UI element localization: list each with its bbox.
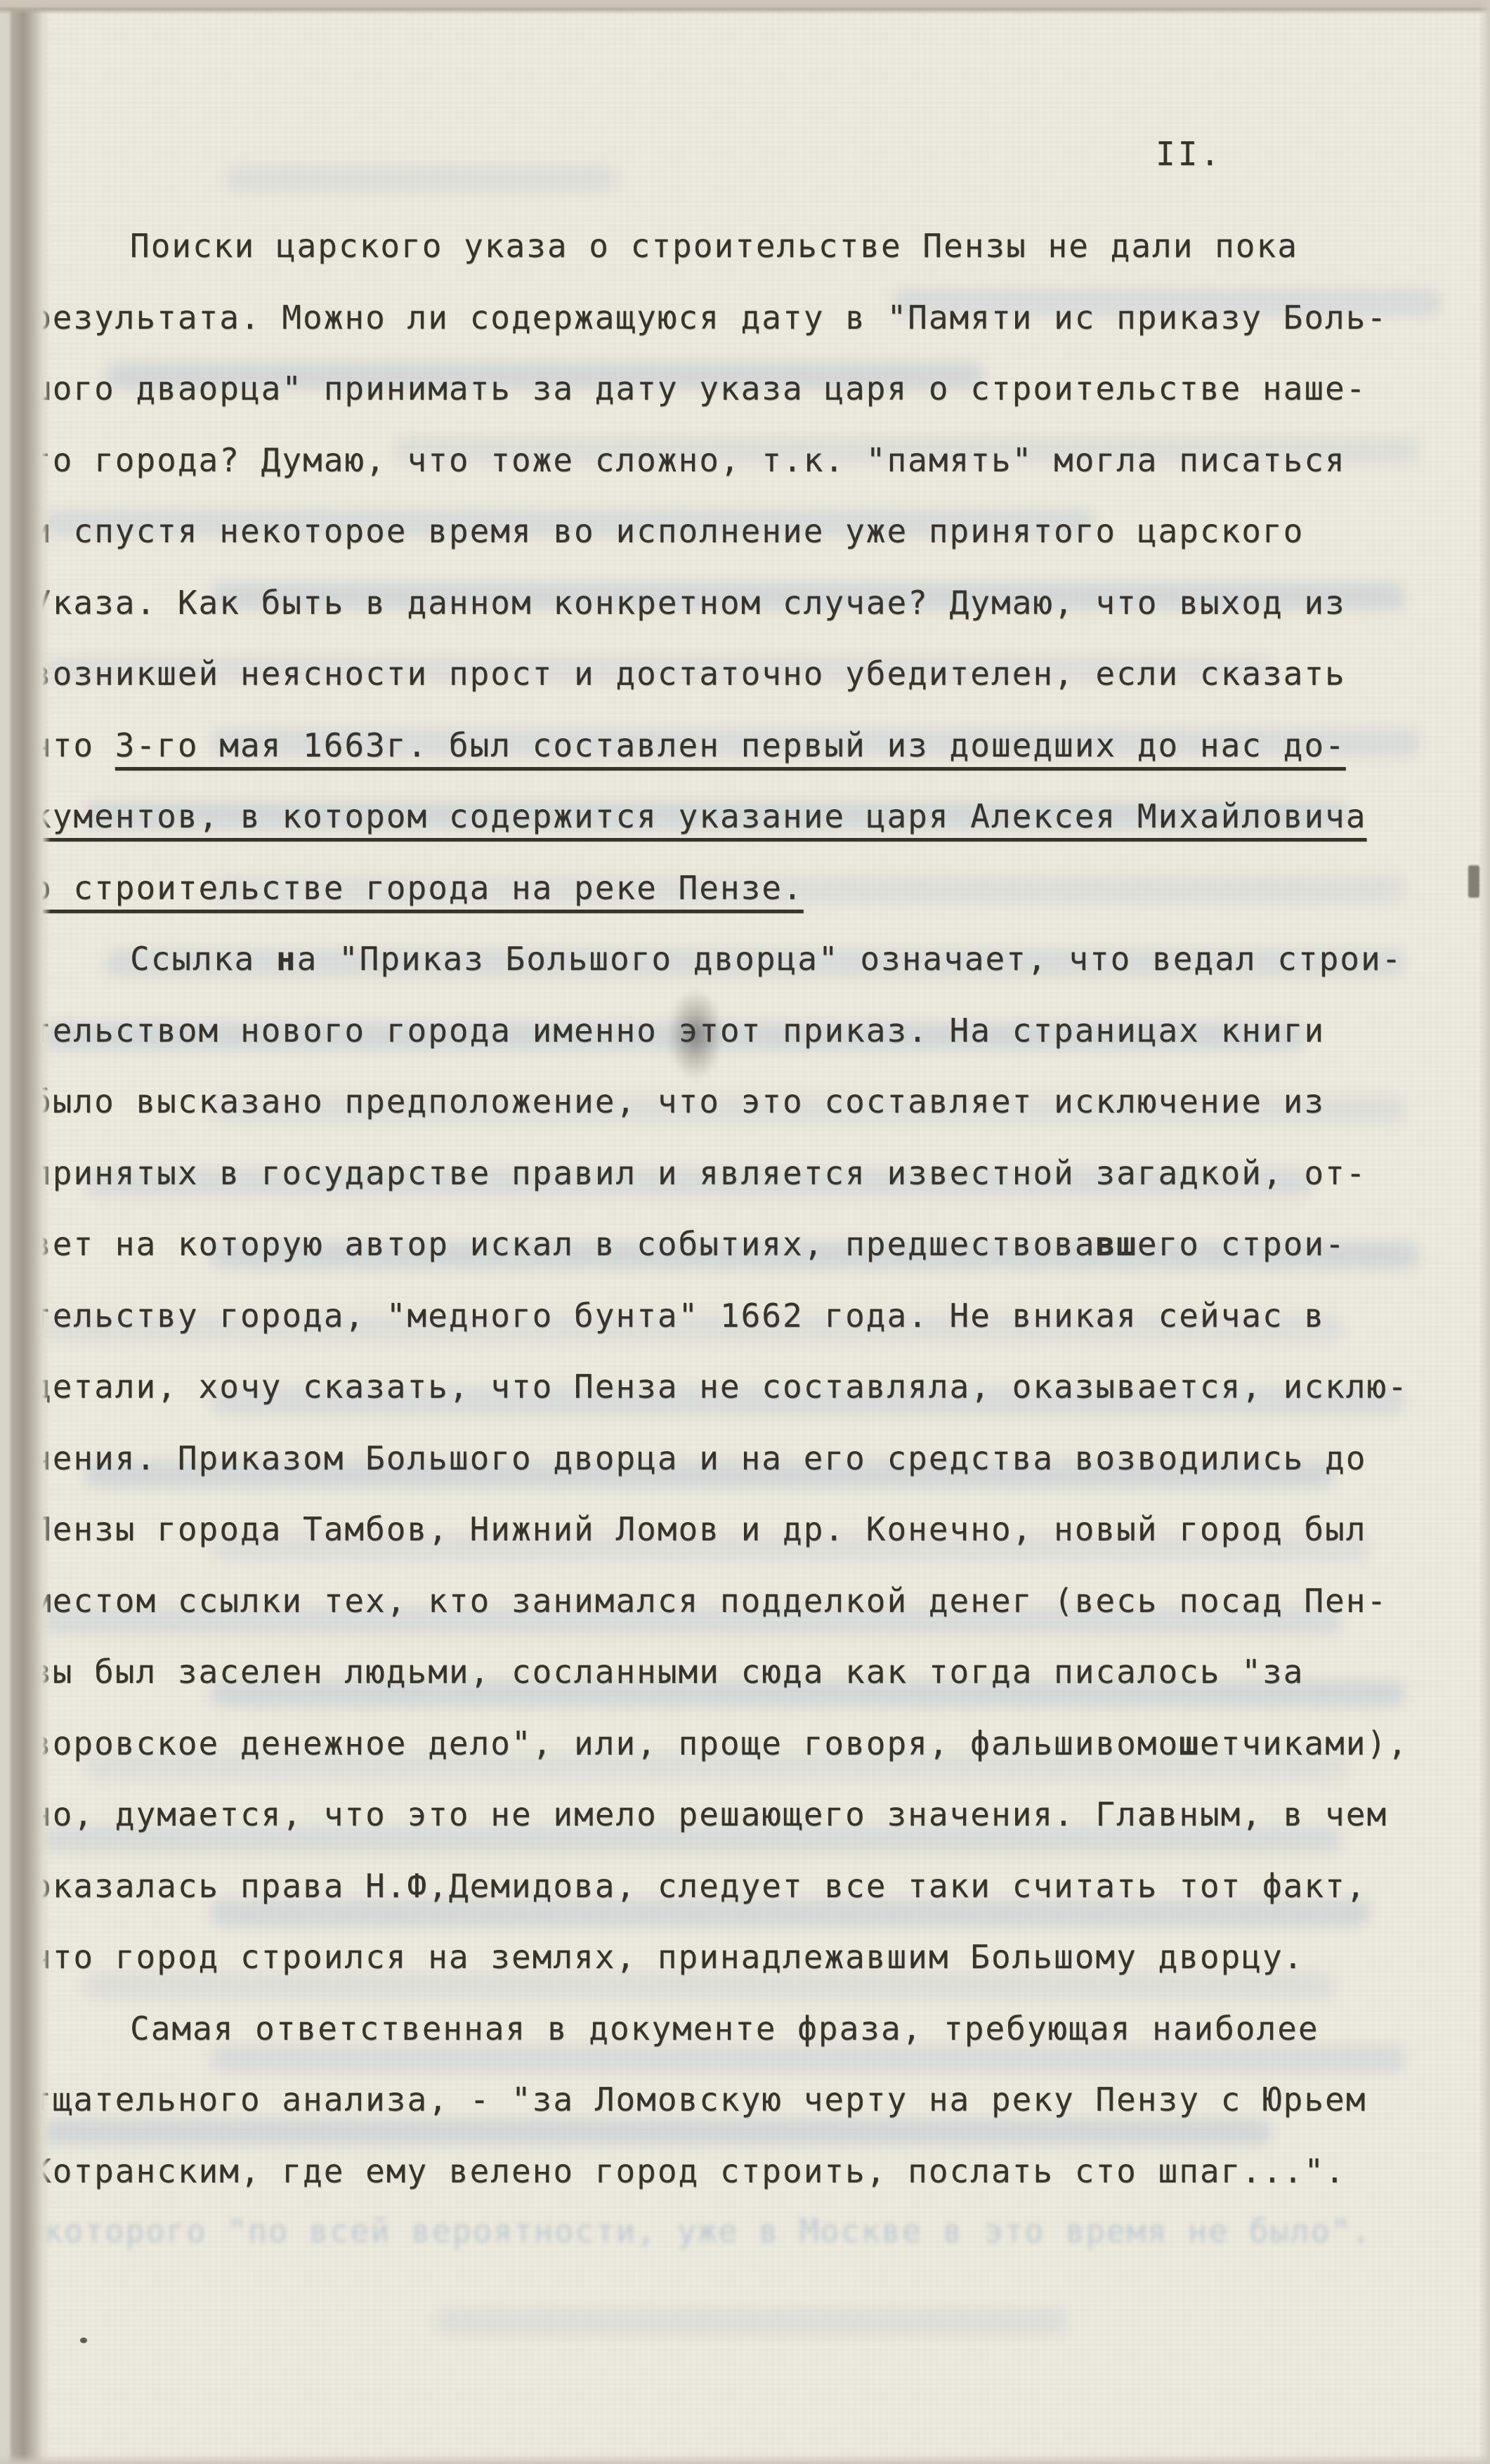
text-line: шого дваорца" принимать за дату указа ца… <box>32 353 1465 425</box>
text-segment: результата. Можно ли содержащуюся дату в… <box>32 299 1387 336</box>
text-segment: зы был заселен людьми, сосланными сюда к… <box>32 1653 1304 1691</box>
text-segment: что город строился на землях, принадлежа… <box>32 1938 1304 1976</box>
text-segment: принятых в государстве правил и является… <box>32 1154 1366 1192</box>
text-segment: Поиски царского указа о строительстве Пе… <box>130 227 1298 265</box>
text-line: зы был заселен людьми, сосланными сюда к… <box>32 1637 1465 1708</box>
page-number: II. <box>1156 135 1222 173</box>
text-segment: Пензы города Тамбов, Нижний Ломов и др. … <box>32 1510 1366 1548</box>
text-line: местом ссылки тех, кто занимался подделк… <box>32 1566 1465 1637</box>
scan-edge-top <box>0 0 1490 14</box>
text-segment: было высказано предположение, что это со… <box>32 1082 1325 1120</box>
text-segment: его строи- <box>1137 1225 1346 1263</box>
text-segment: а "Приказ Большого дворца" означает, что… <box>297 940 1403 978</box>
text-line: тельству города, "медного бунта" 1662 го… <box>32 1280 1465 1352</box>
text-line: о строительстве города на реке Пензе. <box>32 853 1465 924</box>
text-segment: го города? Думаю, что тоже сложно, т.к. … <box>32 441 1346 479</box>
typewritten-text: Поиски царского указа о строительстве Пе… <box>32 211 1465 2207</box>
text-line: Ссылка на "Приказ Большого дворца" означ… <box>32 924 1465 995</box>
text-segment: возникшей неясности прост и достаточно у… <box>32 655 1346 693</box>
text-segment: шого дваорца" принимать за дату указа ца… <box>32 369 1366 407</box>
text-line: и спустя некоторое время во исполнение у… <box>32 496 1465 568</box>
text-segment: детали, хочу сказать, что Пенза не соста… <box>32 1368 1409 1405</box>
text-line: результата. Можно ли содержащуюся дату в… <box>32 282 1465 354</box>
text-segment: чения. Приказом Большого дворца и на его… <box>32 1439 1366 1477</box>
underlined-text: 3-го мая 1663г. был составлен первый из … <box>115 726 1346 764</box>
text-line: принятых в государстве правил и является… <box>32 1138 1465 1210</box>
text-segment: оказалась права Н.Ф,Демидова, следует вс… <box>32 1867 1366 1905</box>
text-line: тельством нового города именно этот прик… <box>32 995 1465 1067</box>
scan-edge-bottom <box>0 2454 1490 2464</box>
text-line: что 3-го мая 1663г. был составлен первый… <box>32 710 1465 782</box>
text-segment: но, думается, что это не имело решающего… <box>32 1795 1387 1833</box>
text-line: воровское денежное дело", или, проще гов… <box>32 1708 1465 1780</box>
text-line: было высказано предположение, что это со… <box>32 1066 1465 1138</box>
text-segment: Ссылка <box>130 940 276 978</box>
text-segment: ш <box>1179 1724 1200 1762</box>
scanned-document-page: которого "по всей вероятности, уже в Мос… <box>0 0 1490 2464</box>
text-line: что город строился на землях, принадлежа… <box>32 1922 1465 1993</box>
underlined-text: кументов, в котором содержится указание … <box>32 797 1366 835</box>
text-line: Пензы города Тамбов, Нижний Ломов и др. … <box>32 1494 1465 1566</box>
text-line: но, думается, что это не имело решающего… <box>32 1779 1465 1851</box>
text-line: Поиски царского указа о строительстве Пе… <box>32 211 1465 282</box>
text-line: го города? Думаю, что тоже сложно, т.к. … <box>32 425 1465 497</box>
text-line: вет на которую автор искал в событиях, п… <box>32 1209 1465 1280</box>
text-segment: вет на которую автор искал в событиях, п… <box>32 1225 1095 1263</box>
text-segment: Котранским, где ему велено город строить… <box>32 2152 1346 2190</box>
bleedthrough-streak <box>225 166 618 192</box>
text-line: детали, хочу сказать, что Пенза не соста… <box>32 1351 1465 1423</box>
scan-edge-right <box>1479 0 1490 2464</box>
text-line: Указа. Как быть в данном конкретном случ… <box>32 568 1465 639</box>
text-segment: тельству города, "медного бунта" 1662 го… <box>32 1297 1325 1335</box>
text-segment: етчиками), <box>1200 1724 1409 1762</box>
text-segment: Указа. Как быть в данном конкретном случ… <box>32 584 1346 622</box>
ink-smudge <box>667 989 724 1080</box>
text-segment: местом ссылки тех, кто занимался подделк… <box>32 1582 1387 1620</box>
edge-ink-mark <box>1468 865 1479 898</box>
text-line: оказалась права Н.Ф,Демидова, следует вс… <box>32 1851 1465 1922</box>
ink-fleck <box>80 2338 87 2343</box>
bleedthrough-text: которого "по всей вероятности, уже в Мос… <box>44 2213 1372 2250</box>
text-segment: воровское денежное дело", или, проще гов… <box>32 1724 1179 1762</box>
text-segment: тщательного анализа, - "за Ломовскую чер… <box>32 2080 1366 2118</box>
text-segment: н <box>276 940 297 978</box>
text-segment: и спустя некоторое время во исполнение у… <box>32 512 1304 550</box>
text-segment: Самая ответственная в документе фраза, т… <box>130 2010 1319 2047</box>
scan-edge-left <box>0 0 51 2464</box>
text-segment: вш <box>1095 1225 1137 1263</box>
text-line: чения. Приказом Большого дворца и на его… <box>32 1423 1465 1495</box>
text-line: тщательного анализа, - "за Ломовскую чер… <box>32 2064 1465 2136</box>
underlined-text: о строительстве города на реке Пензе. <box>32 869 804 907</box>
text-line: Самая ответственная в документе фраза, т… <box>32 1993 1465 2065</box>
bleedthrough-streak <box>436 2308 1068 2335</box>
text-line: кументов, в котором содержится указание … <box>32 781 1465 853</box>
text-line: Котранским, где ему велено город строить… <box>32 2136 1465 2208</box>
text-line: возникшей неясности прост и достаточно у… <box>32 638 1465 710</box>
